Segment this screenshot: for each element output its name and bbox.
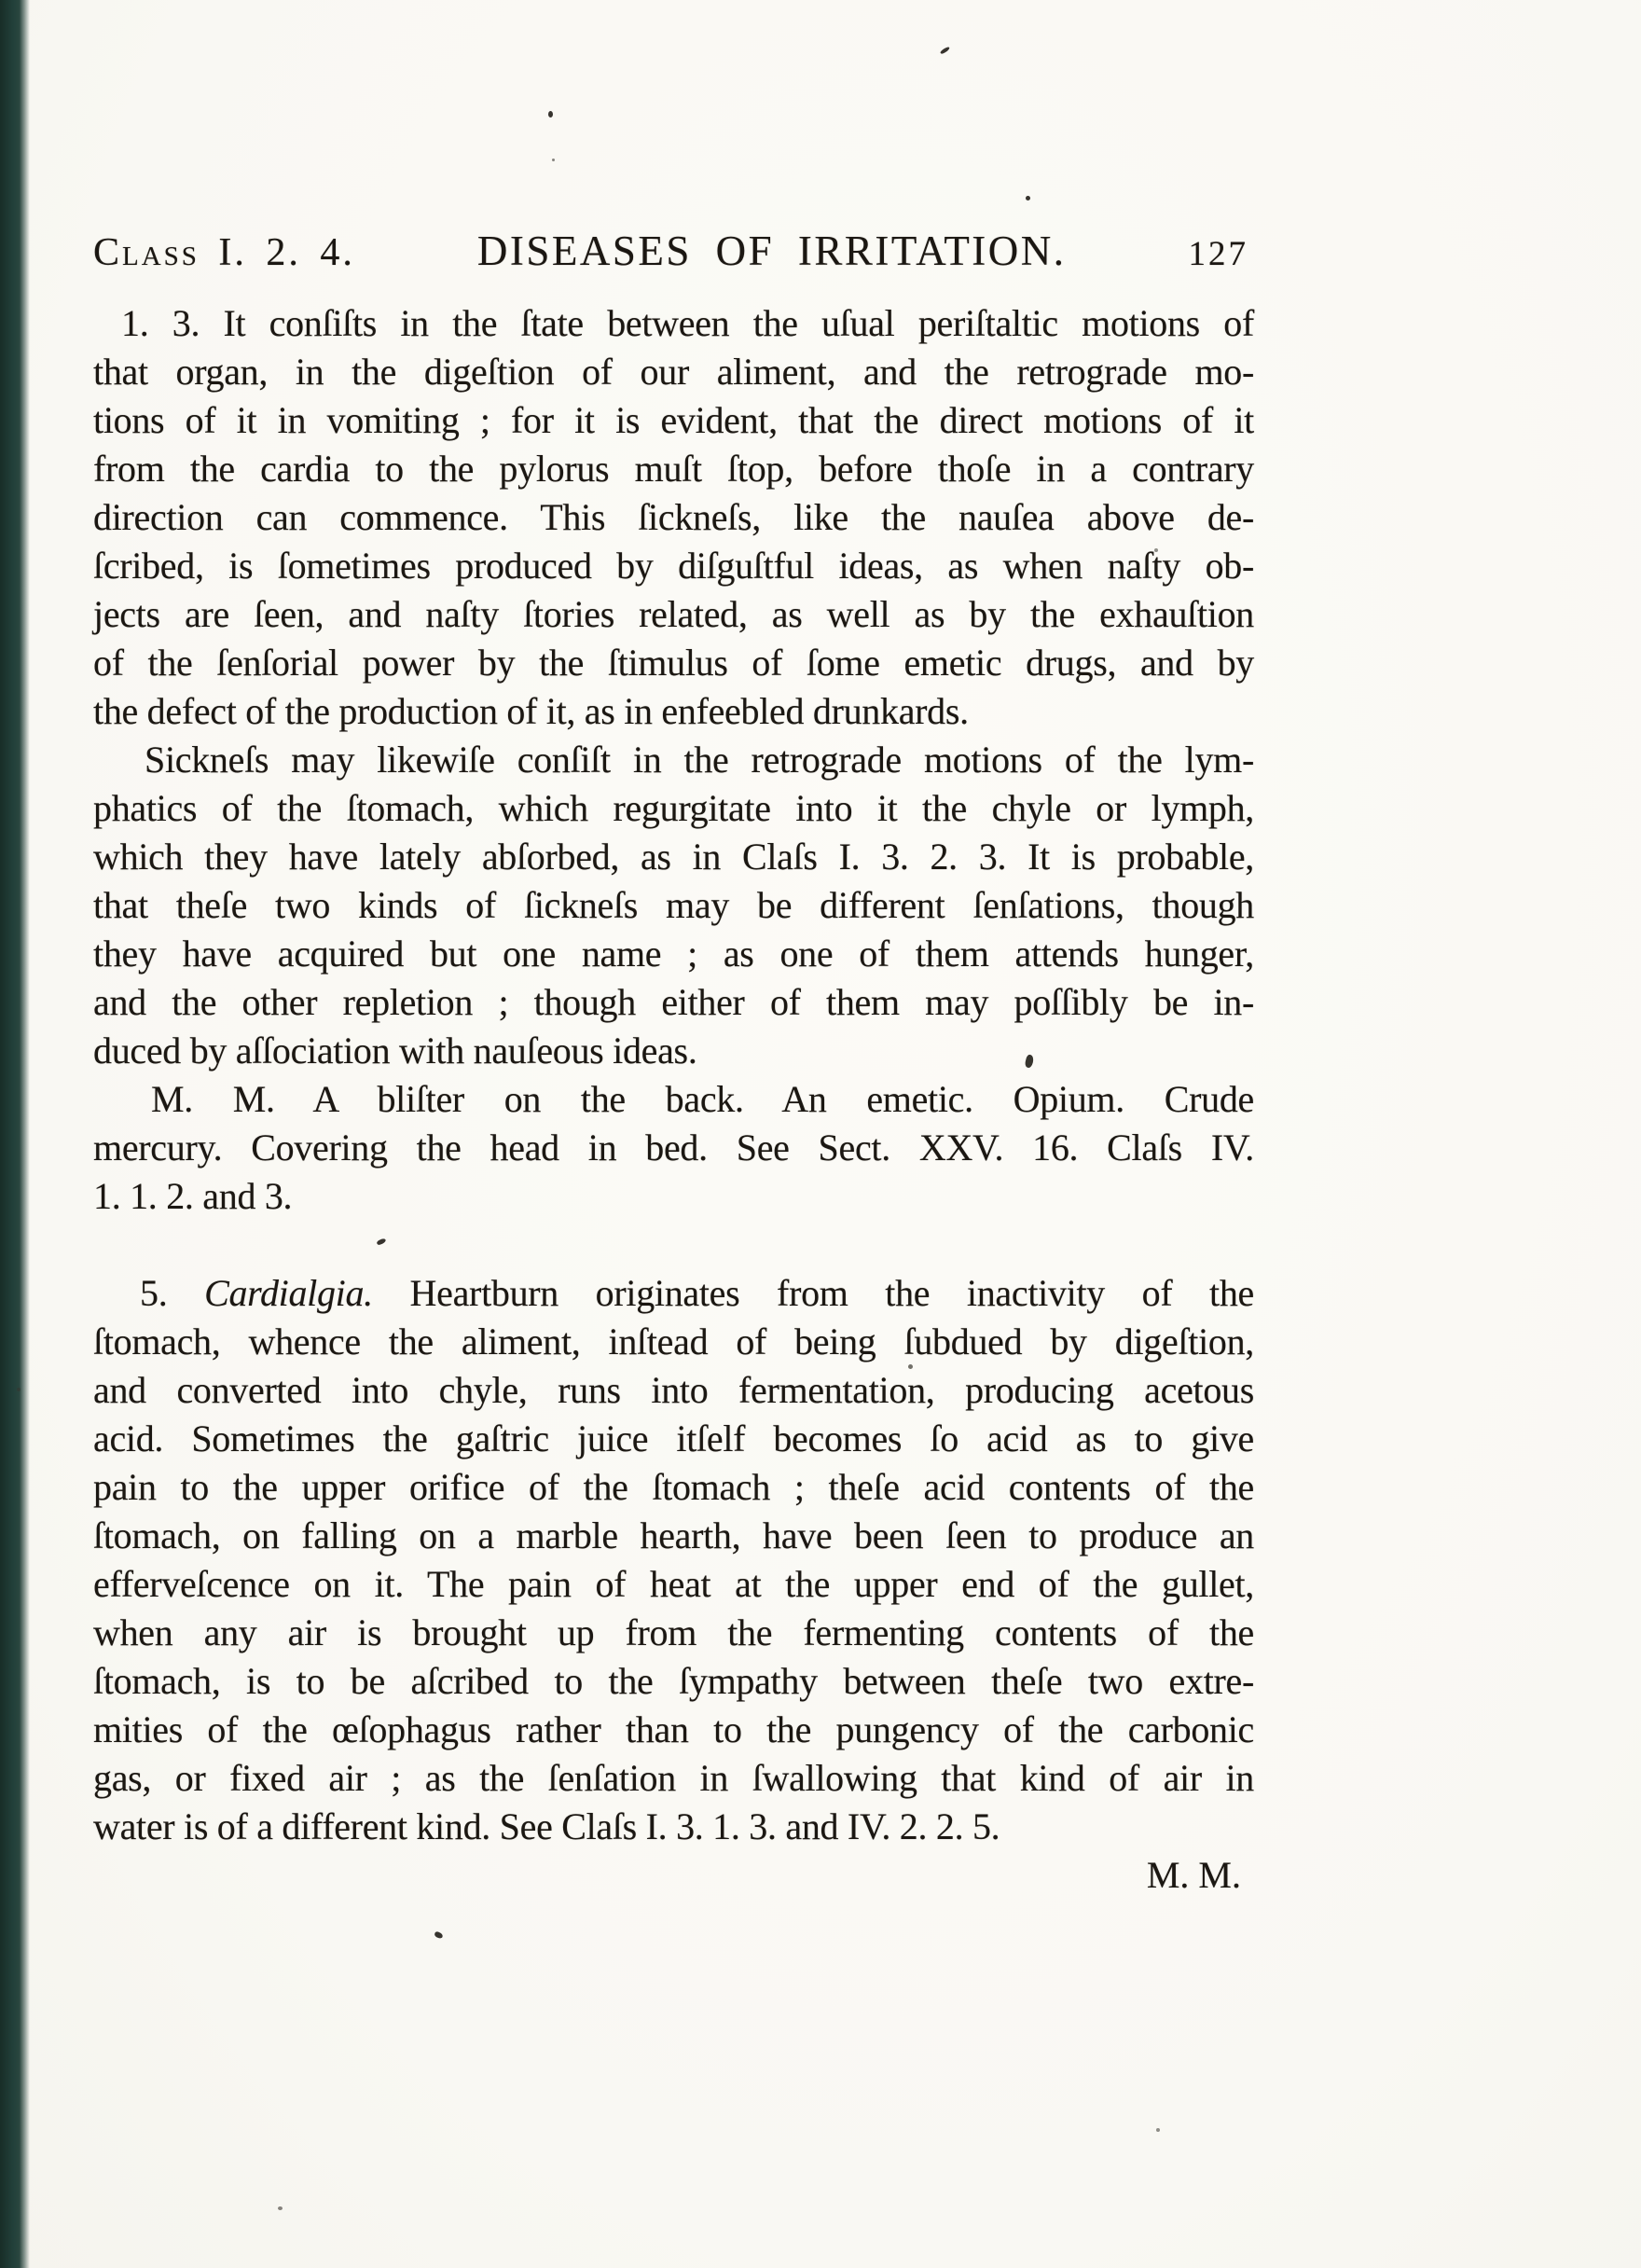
text-line: ſtomach, on falling on a marble hearth, … bbox=[93, 1512, 1254, 1560]
ink-speck bbox=[552, 159, 555, 161]
text-line: water is of a different kind. See Claſs … bbox=[93, 1803, 1254, 1851]
text-line: jects are ſeen, and naſty ſtories relate… bbox=[93, 590, 1254, 639]
text-line: from the cardia to the pylorus muſt ſtop… bbox=[93, 445, 1254, 493]
scan-edge-shadow bbox=[0, 0, 30, 2268]
ink-speck bbox=[434, 1931, 444, 1940]
text-line: the defect of the production of it, as i… bbox=[93, 687, 1254, 736]
para-sickness-of-stomach: 1. 3. It conſiſts in the ſtate between t… bbox=[93, 299, 1254, 736]
ink-speck bbox=[17, 1388, 21, 1391]
text-line: ſtomach, is to be aſcribed to the ſympat… bbox=[93, 1657, 1254, 1706]
text-line: that theſe two kinds of ſickneſs may be … bbox=[93, 881, 1254, 930]
body-text: 1. 3. It conſiſts in the ſtate between t… bbox=[93, 299, 1254, 1851]
ink-speck bbox=[940, 46, 950, 55]
text-line: they have acquired but one name ; as one… bbox=[93, 930, 1254, 978]
text-block: Class I. 2. 4. DISEASES OF IRRITATION. 1… bbox=[93, 227, 1254, 1900]
text-line: mercury. Covering the head in bed. See S… bbox=[93, 1124, 1254, 1172]
text-line: M. M. A bliſter on the back. An emetic. … bbox=[93, 1075, 1254, 1124]
ink-speck bbox=[908, 1364, 913, 1369]
class-label: Class I. 2. 4. bbox=[93, 230, 355, 275]
text-line: direction can commence. This ſickneſs, l… bbox=[93, 493, 1254, 542]
text-line: gas, or fixed air ; as the ſenſation in … bbox=[93, 1754, 1254, 1803]
text-line: that organ, in the digeſtion of our alim… bbox=[93, 348, 1254, 396]
ink-speck bbox=[278, 2206, 283, 2210]
text-line: when any air is brought up from the ferm… bbox=[93, 1609, 1254, 1657]
text-line: ſcribed, is ſometimes produced by diſguſ… bbox=[93, 542, 1254, 590]
text-line: phatics of the ſtomach, which regurgitat… bbox=[93, 784, 1254, 833]
catchword-signature: M. M. bbox=[93, 1851, 1254, 1900]
page-number: 127 bbox=[1188, 234, 1248, 274]
para-lymphatics: Sickneſs may likewiſe conſiſt in the ret… bbox=[93, 736, 1254, 1075]
ink-speck bbox=[1156, 2128, 1160, 2132]
text-line: ſtomach, whence the aliment, inſtead of … bbox=[93, 1318, 1254, 1366]
scanned-book-page: { "page": { "header": { "class_label": "… bbox=[0, 0, 1641, 2268]
text-line: pain to the upper orifice of the ſtomach… bbox=[93, 1463, 1254, 1512]
page-title: DISEASES OF IRRITATION. bbox=[477, 227, 1067, 275]
ink-speck bbox=[1026, 196, 1030, 201]
text-line: 1. 3. It conſiſts in the ſtate between t… bbox=[93, 299, 1254, 348]
running-header: Class I. 2. 4. DISEASES OF IRRITATION. 1… bbox=[93, 227, 1254, 275]
text-line: acid. Sometimes the gaſtric juice itſelf… bbox=[93, 1415, 1254, 1463]
text-line: which they have lately abſorbed, as in C… bbox=[93, 833, 1254, 881]
text-line: duced by aſſociation with nauſeous ideas… bbox=[93, 1027, 1254, 1075]
text-line: Sickneſs may likewiſe conſiſt in the ret… bbox=[93, 736, 1254, 784]
text-segment: Heartburn originates from the inactivity… bbox=[373, 1272, 1254, 1314]
text-line: of the ſenſorial power by the ſtimulus o… bbox=[93, 639, 1254, 687]
para-materia-medica: M. M. A bliſter on the back. An emetic. … bbox=[93, 1075, 1254, 1221]
text-line: 5. Cardialgia. Heartburn originates from… bbox=[93, 1269, 1254, 1318]
text-line: efferveſcence on it. The pain of heat at… bbox=[93, 1560, 1254, 1609]
italic-term: Cardialgia. bbox=[204, 1272, 373, 1314]
text-line: mities of the œſophagus rather than to t… bbox=[93, 1706, 1254, 1754]
text-line: and converted into chyle, runs into ferm… bbox=[93, 1366, 1254, 1415]
ink-speck bbox=[1154, 548, 1158, 552]
text-line: tions of it in vomiting ; for it is evid… bbox=[93, 396, 1254, 445]
ink-speck bbox=[548, 111, 553, 118]
para-cardialgia: 5. Cardialgia. Heartburn originates from… bbox=[93, 1269, 1254, 1851]
text-line: 1. 1. 2. and 3. bbox=[93, 1172, 1254, 1221]
text-segment: 5. bbox=[140, 1272, 204, 1314]
text-line: and the other repletion ; though either … bbox=[93, 978, 1254, 1027]
